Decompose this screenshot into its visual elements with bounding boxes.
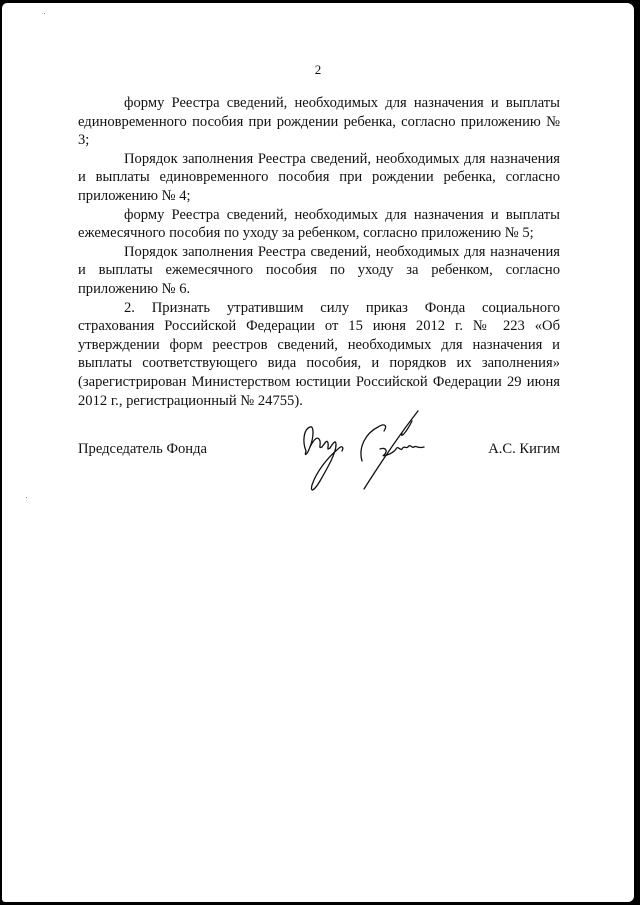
paragraph-procedure-registry-6: Порядок заполнения Реестра сведений, нео… — [78, 243, 560, 299]
paragraph-form-registry-3: форму Реестра сведений, необходимых для … — [78, 94, 560, 150]
page-number: 2 — [2, 62, 634, 78]
scan-speck — [26, 497, 27, 498]
paragraph-procedure-registry-4: Порядок заполнения Реестра сведений, нео… — [78, 150, 560, 206]
paragraph-form-registry-5: форму Реестра сведений, необходимых для … — [78, 206, 560, 243]
document-body: форму Реестра сведений, необходимых для … — [78, 94, 560, 410]
signer-title: Председатель Фонда — [78, 441, 207, 458]
scan-speck — [44, 13, 45, 14]
paragraph-repeal-order: 2. Признать утратившим силу приказ Фонда… — [78, 299, 560, 411]
signature-block: Председатель Фонда А.С. Кигим — [78, 403, 560, 503]
signer-name: А.С. Кигим — [488, 441, 560, 458]
document-page: 2 форму Реестра сведений, необходимых дл… — [2, 3, 634, 902]
handwritten-signature-icon — [292, 403, 472, 498]
